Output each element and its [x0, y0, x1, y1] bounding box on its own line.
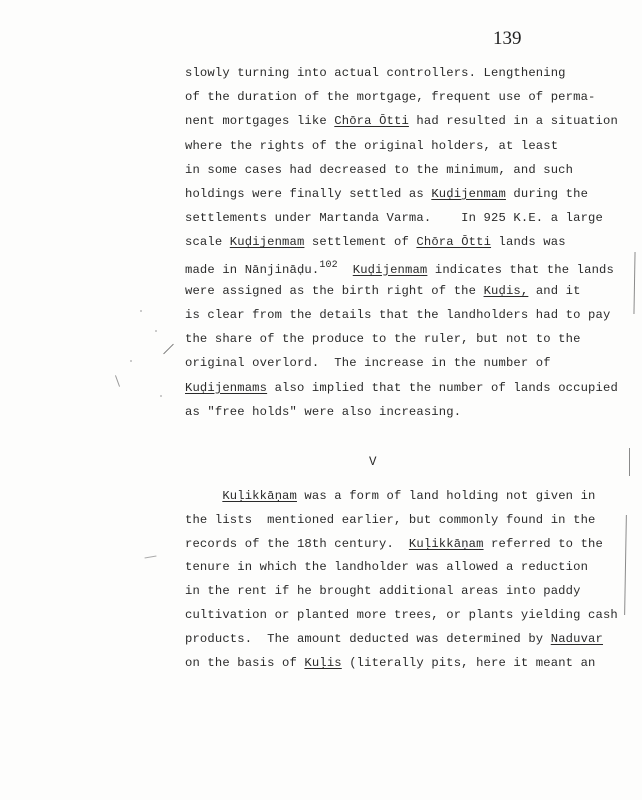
text-run: on the basis of [185, 656, 304, 670]
underlined-term: Kuḍijenmam [431, 187, 506, 201]
margin-scan-mark [163, 344, 174, 355]
text-run: was a form of land holding not given in [297, 489, 596, 503]
text-run: holdings were finally settled as [185, 187, 431, 201]
text-line: of the duration of the mortgage, frequen… [185, 90, 596, 104]
margin-scan-mark [115, 375, 120, 387]
text-run: scale [185, 235, 230, 249]
text-run: tenure in which the landholder was allow… [185, 560, 588, 574]
text-run: settlements under Martanda Varma. In 925… [185, 211, 603, 225]
text-line: where the rights of the original holders… [185, 139, 558, 153]
underlined-term: Kuḍijenmam [230, 235, 305, 249]
text-line: original overlord. The increase in the n… [185, 356, 551, 370]
text-line: on the basis of Kuḷis (literally pits, h… [185, 656, 596, 670]
footnote-ref: 102 [319, 260, 337, 271]
text-run: where the rights of the original holders… [185, 139, 558, 153]
underlined-term: Chōra Ōtti [416, 235, 491, 249]
margin-scan-mark [624, 515, 627, 615]
text-run: were assigned as the birth right of the [185, 284, 484, 298]
text-line: made in Nānjināḍu.102 Kuḍijenmam indicat… [185, 260, 614, 277]
underlined-term: Kuḍijenmams [185, 381, 267, 395]
text-line: slowly turning into actual controllers. … [185, 66, 566, 80]
text-line: is clear from the details that the landh… [185, 308, 610, 322]
margin-scan-mark [629, 448, 630, 476]
text-run: also implied that the number of lands oc… [267, 381, 618, 395]
text-run [185, 489, 222, 503]
text-run: settlement of [304, 235, 416, 249]
text-run: cultivation or planted more trees, or pl… [185, 608, 618, 622]
margin-scan-mark [633, 252, 635, 314]
text-line: in the rent if he brought additional are… [185, 584, 581, 598]
text-run: had resulted in a situation [409, 114, 618, 128]
text-line: the lists mentioned earlier, but commonl… [185, 513, 596, 527]
underlined-term: Chōra Ōtti [334, 114, 409, 128]
text-run: made in Nānjināḍu. [185, 263, 319, 277]
text-line: products. The amount deducted was determ… [185, 632, 603, 646]
underlined-term: Kuḷis [304, 656, 341, 670]
text-line: holdings were finally settled as Kuḍijen… [185, 187, 588, 201]
text-run: during the [506, 187, 588, 201]
text-line: nent mortgages like Chōra Ōtti had resul… [185, 114, 618, 128]
text-run: (literally pits, here it meant an [342, 656, 596, 670]
text-run: as "free holds" were also increasing. [185, 405, 461, 419]
text-run: records of the 18th century. [185, 537, 409, 551]
text-run: the share of the produce to the ruler, b… [185, 332, 581, 346]
text-line: the share of the produce to the ruler, b… [185, 332, 581, 346]
underlined-term: Kuḍijenmam [353, 263, 428, 277]
text-line: tenure in which the landholder was allow… [185, 560, 588, 574]
text-run: and it [528, 284, 580, 298]
text-line: Kuḍijenmams also implied that the number… [185, 381, 618, 395]
text-line: scale Kuḍijenmam settlement of Chōra Ōtt… [185, 235, 566, 249]
text-run: in some cases had decreased to the minim… [185, 163, 573, 177]
text-run: lands was [491, 235, 566, 249]
text-run: original overlord. The increase in the n… [185, 356, 551, 370]
page-number: 139 [493, 28, 522, 50]
text-run: nent mortgages like [185, 114, 334, 128]
underlined-term: Kuḷikkāṇam [222, 489, 297, 503]
text-run: in the rent if he brought additional are… [185, 584, 581, 598]
text-line: records of the 18th century. Kuḷikkāṇam … [185, 537, 603, 551]
margin-scan-mark [145, 555, 157, 558]
section-heading: V [369, 455, 377, 469]
text-line: cultivation or planted more trees, or pl… [185, 608, 618, 622]
text-run: indicates that the lands [427, 263, 614, 277]
underlined-term: Naduvar [551, 632, 603, 646]
underlined-term: Kuḍis, [484, 284, 529, 298]
text-run: slowly turning into actual controllers. … [185, 66, 566, 80]
text-line: settlements under Martanda Varma. In 925… [185, 211, 603, 225]
text-run: products. The amount deducted was determ… [185, 632, 551, 646]
text-line: as "free holds" were also increasing. [185, 405, 461, 419]
text-run [338, 263, 353, 277]
text-run: the lists mentioned earlier, but commonl… [185, 513, 596, 527]
text-line: were assigned as the birth right of the … [185, 284, 581, 298]
text-run: referred to the [484, 537, 603, 551]
text-run: is clear from the details that the landh… [185, 308, 610, 322]
text-run: of the duration of the mortgage, frequen… [185, 90, 596, 104]
text-line: in some cases had decreased to the minim… [185, 163, 573, 177]
text-line: Kuḷikkāṇam was a form of land holding no… [185, 489, 596, 503]
underlined-term: Kuḷikkāṇam [409, 537, 484, 551]
